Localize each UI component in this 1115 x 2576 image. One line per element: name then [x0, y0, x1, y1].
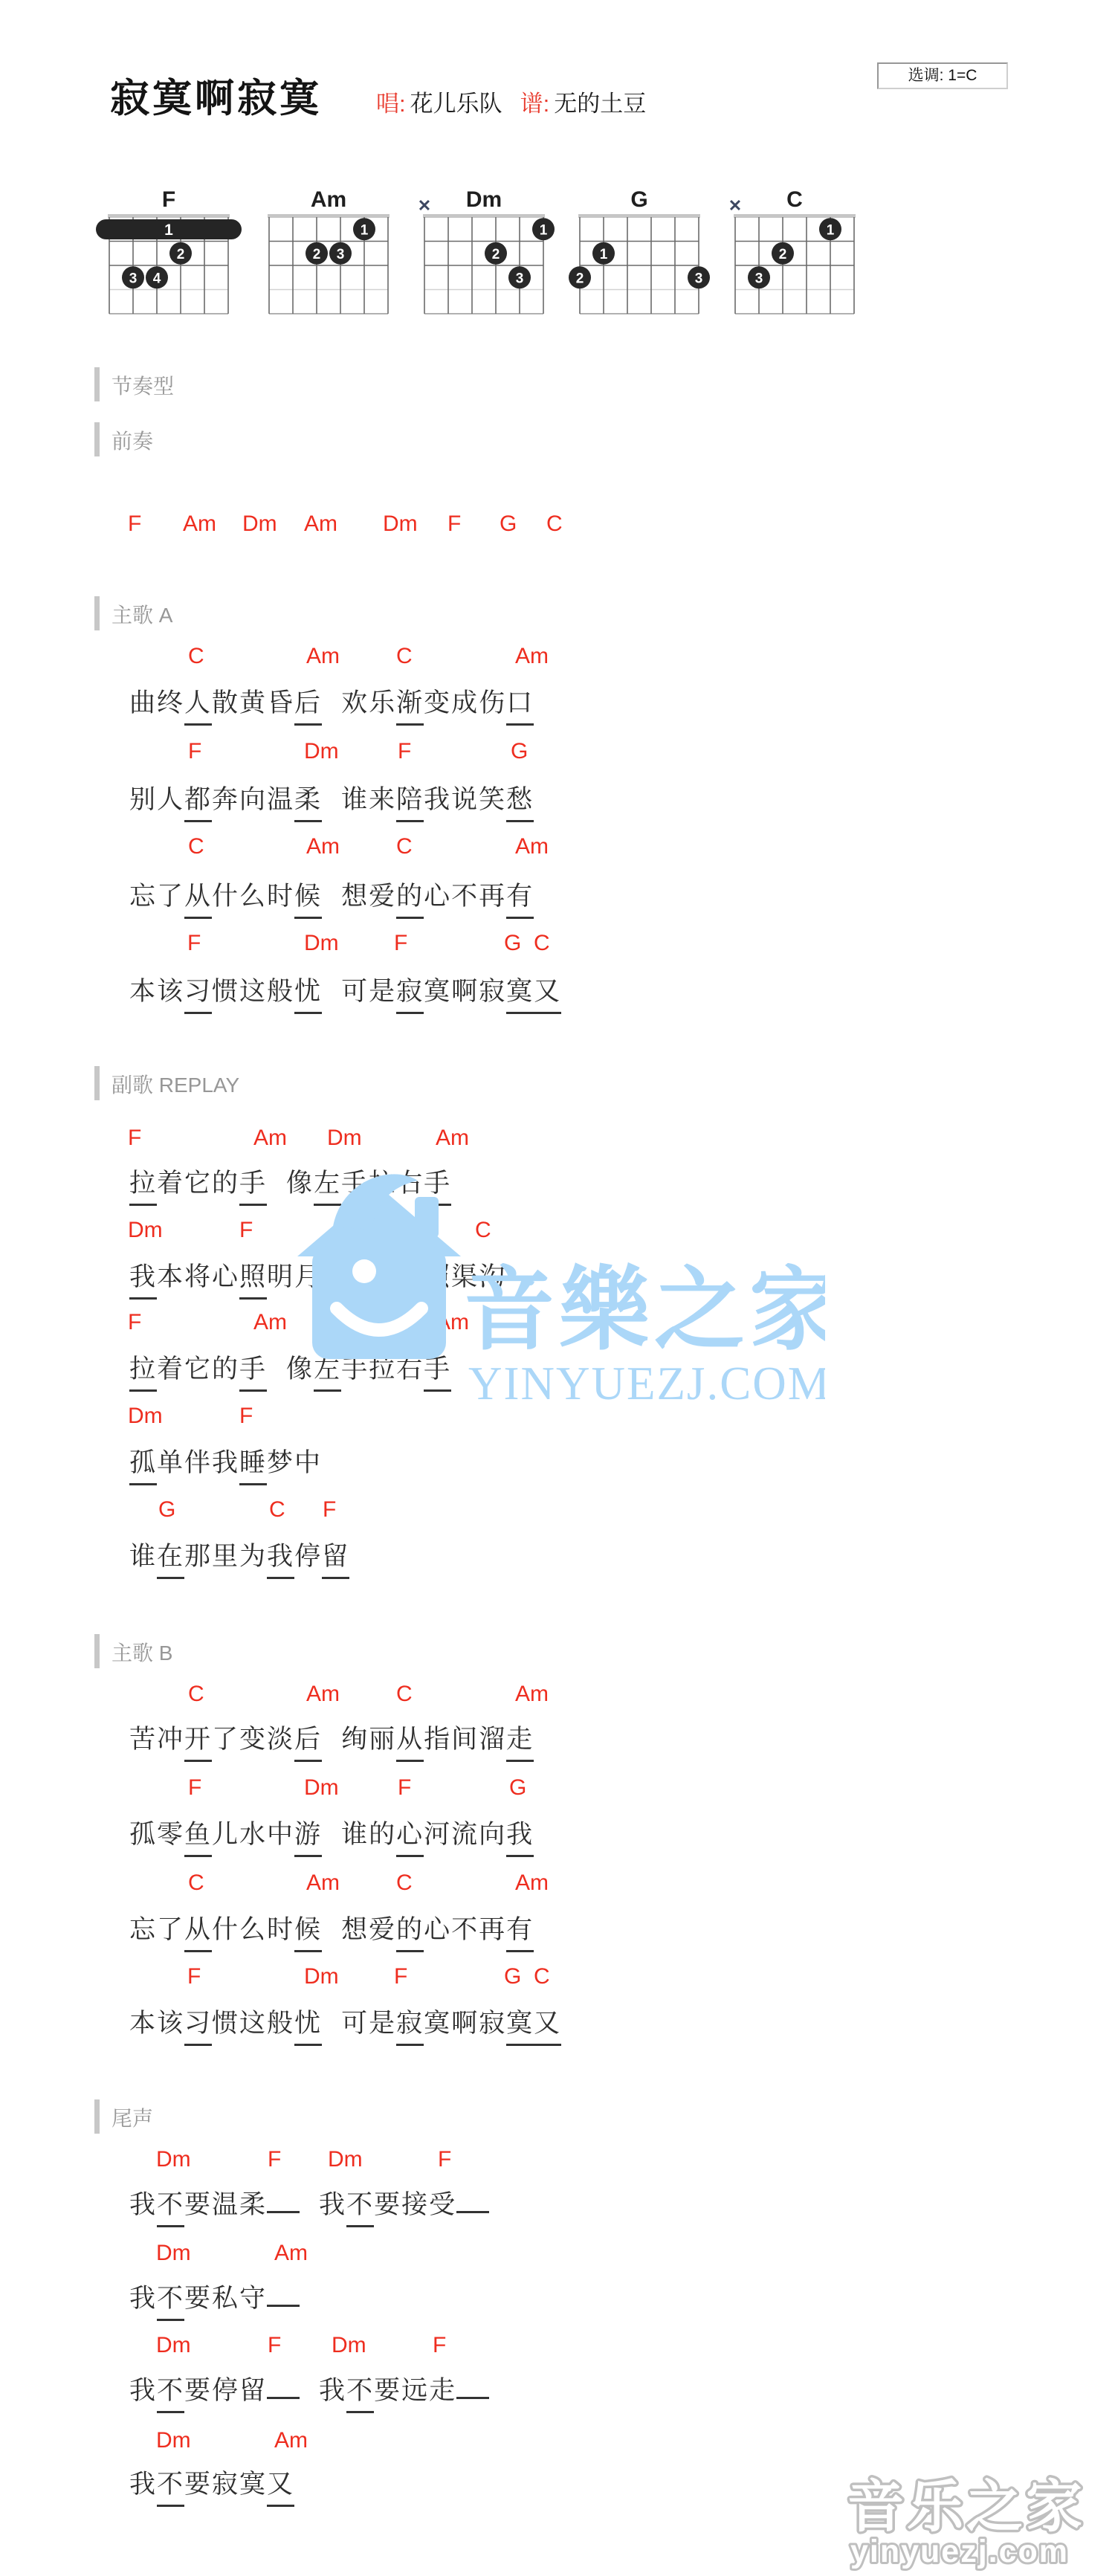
chord: F — [398, 1775, 411, 1801]
lyric-segment: 了变淡 — [212, 1725, 294, 1762]
lyric-segment: 单伴我 — [157, 1448, 239, 1485]
lyric-segment: 我 — [267, 1542, 294, 1579]
lyric-segment: 寞又 — [506, 2009, 561, 2046]
finger-number: 2 — [779, 247, 787, 262]
lyric-segment: 要停留 — [184, 2376, 267, 2413]
lyric-segment: 我 — [129, 2470, 157, 2507]
lyric-segment: 本该 — [129, 977, 184, 1014]
chord-diagram-C: C✕123 — [720, 178, 869, 327]
lyric-segment: 陪 — [396, 785, 424, 822]
lyric-segment: 我 — [129, 2190, 157, 2227]
page-title: 寂寞啊寂寞 — [110, 67, 322, 123]
note-head — [352, 1259, 376, 1283]
lyric-segment: 忘了 — [129, 1915, 184, 1952]
chord: Dm — [128, 1218, 163, 1243]
lyric-segment: 在 — [157, 1542, 184, 1579]
chord: C — [534, 931, 550, 956]
chord: Am — [304, 511, 337, 537]
lyric-line: 孤单伴我睡梦中 — [129, 1448, 322, 1485]
lyric-segment: 要温柔 — [184, 2190, 267, 2227]
chord: Am — [253, 1310, 287, 1335]
chord: Dm — [332, 2333, 366, 2358]
finger-number: 1 — [827, 222, 835, 238]
lyric-segment: 别人 — [129, 785, 184, 822]
hold-underscore — [267, 2392, 300, 2399]
nut-line — [108, 214, 230, 218]
lyric-segment: 寞啊寂 — [424, 977, 506, 1014]
lyric-segment: 留 — [322, 1542, 349, 1579]
chord: Am — [274, 2428, 308, 2453]
watermark-cn: 音樂之家 — [464, 1259, 825, 1360]
lyric-line: 我不要温柔我不要接受 — [129, 2190, 489, 2227]
lyric-segment: 的 — [396, 1915, 424, 1952]
lyric-segment: 忧 — [294, 2009, 322, 2046]
chord: F — [323, 1497, 336, 1523]
lyric-segment: 不 — [157, 2190, 184, 2227]
chord: Am — [253, 1126, 287, 1151]
chord: C — [546, 511, 563, 537]
chord: F — [398, 739, 411, 764]
lyric-segment: 我说笑 — [424, 785, 506, 822]
lyric-segment: 绚丽 — [341, 1725, 396, 1762]
lyric-segment: 谁来 — [341, 785, 396, 822]
section-label: 主歌 A — [111, 599, 172, 629]
chord: F — [268, 2147, 281, 2172]
chord: Am — [306, 644, 340, 669]
chord: G — [511, 739, 528, 764]
lyric-segment: 指间溜 — [424, 1725, 506, 1762]
scorer-name: 无的土豆 — [554, 91, 646, 117]
lyric-segment: 本该 — [129, 2009, 184, 2046]
lyric-segment: 照 — [239, 1262, 267, 1300]
lyric-segment: 谁的 — [341, 1820, 396, 1857]
phrase-gap — [322, 704, 341, 711]
lyric-segment: 惯这般 — [212, 2009, 294, 2046]
lyric-segment: 本将心 — [157, 1262, 239, 1300]
section-label: 前奏 — [111, 425, 153, 455]
finger-number: 4 — [153, 271, 161, 286]
chord: Am — [306, 1682, 340, 1707]
chord: Am — [436, 1126, 469, 1151]
chord: Dm — [304, 931, 339, 956]
corner-watermark-url: yinyuezj.com — [850, 2534, 1069, 2569]
watermark-url: YINYUEZJ.COM — [468, 1358, 825, 1410]
finger-number: 1 — [540, 222, 548, 238]
finger-number: 1 — [361, 222, 369, 238]
chord: Dm — [242, 511, 277, 537]
lyric-segment: 愁 — [506, 785, 534, 822]
chord-diagram-F: F1234 — [94, 178, 243, 327]
corner-watermark: 音乐之家 yinyuezj.com — [833, 2453, 1115, 2576]
chord: Dm — [156, 2241, 191, 2266]
lyric-segment: 我 — [506, 1820, 534, 1857]
chord-sheet-page: 寂寞啊寂寞 唱:花儿乐队谱:无的土豆 选调: 1=C F1234Am123Dm✕… — [0, 0, 1115, 2576]
chord: F — [433, 2333, 446, 2358]
section-marker-bar — [94, 1066, 100, 1100]
hold-underscore — [267, 2299, 300, 2307]
chord-diagram-Dm: Dm✕123 — [410, 178, 558, 327]
lyric-segment: 要接受 — [374, 2190, 456, 2227]
lyric-segment: 都 — [184, 785, 212, 822]
lyric-line: 忘了从什么时候想爱的心不再有 — [129, 882, 534, 919]
phrase-gap — [322, 1740, 341, 1748]
chord: Dm — [304, 739, 339, 764]
singer-name: 花儿乐队 — [410, 91, 502, 117]
lyric-segment: 变成伤 — [424, 688, 506, 726]
lyric-segment: 有 — [506, 1915, 534, 1952]
lyric-segment: 后 — [294, 1725, 322, 1762]
lyric-segment: 要远走 — [374, 2376, 456, 2413]
chord: Am — [306, 834, 340, 859]
lyric-segment: 忘了 — [129, 882, 184, 919]
section-label: 主歌 B — [111, 1637, 172, 1667]
lyric-segment: 我 — [319, 2376, 346, 2413]
lyric-segment: 候 — [294, 882, 322, 919]
lyric-segment: 那里为 — [184, 1542, 267, 1579]
lyric-line: 别人都奔向温柔谁来陪我说笑愁 — [129, 785, 534, 822]
lyric-segment: 口 — [506, 688, 534, 726]
phrase-gap — [267, 1370, 286, 1378]
chord: F — [128, 511, 141, 537]
chord: C — [188, 644, 204, 669]
chord: Am — [515, 834, 549, 859]
lyric-segment: 梦中 — [267, 1448, 322, 1485]
lyric-segment: 惯这般 — [212, 977, 294, 1014]
lyric-segment: 忧 — [294, 977, 322, 1014]
chord: G — [500, 511, 517, 537]
chord: F — [447, 511, 461, 537]
lyric-segment: 柔 — [294, 785, 322, 822]
phrase-gap — [322, 897, 341, 905]
finger-number: 2 — [492, 247, 500, 262]
finger-number: 2 — [313, 247, 321, 262]
finger-number: 3 — [755, 271, 763, 286]
finger-number: 2 — [177, 247, 185, 262]
lyric-segment: 游 — [294, 1820, 322, 1857]
chord: F — [128, 1310, 141, 1335]
chord-diagram-G: G123 — [565, 178, 714, 327]
lyric-segment: 什么时 — [212, 882, 294, 919]
lyric-segment: 不 — [157, 2376, 184, 2413]
lyric-segment: 孤零 — [129, 1820, 184, 1857]
chord: C — [188, 1870, 204, 1896]
key-select-box[interactable]: 选调: 1=C — [877, 62, 1008, 89]
section-marker-bar — [94, 1634, 100, 1668]
finger-number: 3 — [695, 271, 703, 286]
nut-line — [268, 214, 390, 218]
chord-diagram-Am: Am123 — [254, 178, 403, 327]
chord: F — [239, 1404, 253, 1429]
chord: Dm — [383, 511, 418, 537]
lyric-segment: 着它的 — [157, 1355, 239, 1392]
chord: Dm — [304, 1775, 339, 1801]
chord: C — [534, 1964, 550, 1989]
phrase-gap — [267, 1184, 286, 1192]
lyric-segment: 河流向 — [424, 1820, 506, 1857]
chord: Dm — [156, 2147, 191, 2172]
lyric-segment: 苦冲 — [129, 1725, 184, 1762]
lyric-segment: 鱼 — [184, 1820, 212, 1857]
score-label: 谱: — [520, 91, 550, 117]
chord: G — [504, 1964, 521, 1989]
lyric-segment: 寞又 — [506, 977, 561, 1014]
phrase-gap — [322, 1836, 341, 1843]
section-marker-bar — [94, 2099, 100, 2134]
lyric-segment: 不 — [157, 2284, 184, 2321]
lyric-segment: 要私守 — [184, 2284, 267, 2321]
mute-x-icon: ✕ — [418, 196, 431, 215]
lyric-segment: 我 — [129, 2284, 157, 2321]
lyric-segment: 从 — [184, 1915, 212, 1952]
lyric-line: 我不要寂寞又 — [129, 2470, 294, 2507]
lyric-segment: 手 — [239, 1355, 267, 1392]
lyric-segment: 想爱 — [341, 1915, 396, 1952]
chord: C — [269, 1497, 285, 1523]
chord-name: Am — [311, 187, 346, 212]
section-label: 副歌 REPLAY — [111, 1069, 239, 1099]
chord: C — [396, 1870, 413, 1896]
chord-name: G — [630, 187, 647, 212]
chord: C — [188, 1682, 204, 1707]
lyric-line: 曲终人散黄昏后欢乐渐变成伤口 — [129, 688, 534, 726]
chord: Am — [515, 1682, 549, 1707]
chord: F — [394, 931, 407, 956]
chord: F — [128, 1126, 141, 1151]
chord: G — [504, 931, 521, 956]
lyric-segment: 儿水中 — [212, 1820, 294, 1857]
hold-underscore — [456, 2392, 489, 2399]
lyric-segment: 停 — [294, 1542, 322, 1579]
lyric-line: 孤零鱼儿水中游谁的心河流向我 — [129, 1820, 534, 1857]
hold-underscore — [456, 2206, 489, 2213]
finger-number: 1 — [600, 247, 608, 262]
lyric-segment: 拉 — [129, 1355, 157, 1392]
section-marker-bar — [94, 422, 100, 456]
section-marker-bar — [94, 596, 100, 630]
lyric-segment: 不 — [346, 2190, 374, 2227]
chord: F — [394, 1964, 407, 1989]
chord: Am — [515, 1870, 549, 1896]
lyric-segment: 我 — [129, 1262, 157, 1300]
lyric-segment: 我 — [129, 2376, 157, 2413]
lyric-segment: 走 — [506, 1725, 534, 1762]
lyric-segment: 不 — [346, 2376, 374, 2413]
lyric-segment: 从 — [396, 1725, 424, 1762]
finger-number: 2 — [576, 271, 584, 286]
chord: C — [396, 644, 413, 669]
chord-name: C — [786, 187, 803, 212]
lyric-segment: 散黄昏 — [212, 688, 294, 726]
section-label: 尾声 — [111, 2102, 153, 2132]
chord: C — [396, 834, 413, 859]
lyric-segment: 习 — [184, 977, 212, 1014]
lyric-line: 谁在那里为我停留 — [129, 1542, 349, 1579]
lyric-segment: 开 — [184, 1725, 212, 1762]
mute-x-icon: ✕ — [728, 196, 742, 215]
phrase-gap — [322, 801, 341, 808]
chord: Dm — [156, 2428, 191, 2453]
lyric-segment: 谁 — [129, 1542, 157, 1579]
phrase-gap — [300, 2206, 319, 2213]
lyric-segment: 着它的 — [157, 1169, 239, 1206]
corner-watermark-cn: 音乐之家 — [847, 2476, 1085, 2539]
chord: F — [187, 1964, 201, 1989]
chord: C — [396, 1682, 413, 1707]
lyric-line: 苦冲开了变淡后绚丽从指间溜走 — [129, 1725, 534, 1762]
chord-name: F — [162, 187, 175, 212]
finger-number: 3 — [129, 271, 138, 286]
chord: Am — [306, 1870, 340, 1896]
lyric-segment: 有 — [506, 882, 534, 919]
lyric-segment: 睡 — [239, 1448, 267, 1485]
chord: C — [188, 834, 204, 859]
lyric-segment: 人 — [184, 688, 212, 726]
lyric-line: 本该习惯这般忧可是寂寞啊寂寞又 — [129, 977, 561, 1014]
chord: Am — [515, 644, 549, 669]
chord: Am — [183, 511, 216, 537]
lyric-segment: 不 — [157, 2470, 184, 2507]
lyric-segment: 欢乐 — [341, 688, 396, 726]
chord: F — [438, 2147, 451, 2172]
chord: Dm — [128, 1404, 163, 1429]
lyric-segment: 习 — [184, 2009, 212, 2046]
chord: F — [188, 1775, 201, 1801]
chord: F — [239, 1218, 253, 1243]
lyric-line: 忘了从什么时候想爱的心不再有 — [129, 1915, 534, 1952]
phrase-gap — [300, 2392, 319, 2399]
lyric-segment: 渐 — [396, 688, 424, 726]
lyric-line: 本该习惯这般忧可是寂寞啊寂寞又 — [129, 2009, 561, 2046]
chord: F — [268, 2333, 281, 2358]
section-label: 节奏型 — [111, 370, 174, 400]
nut-line — [578, 214, 700, 218]
phrase-gap — [322, 992, 341, 1000]
chord: Am — [274, 2241, 308, 2266]
lyric-segment: 心不再 — [424, 1915, 506, 1952]
lyric-segment: 候 — [294, 1915, 322, 1952]
chord: Dm — [156, 2333, 191, 2358]
phrase-gap — [322, 2024, 341, 2032]
lyric-segment: 的 — [396, 882, 424, 919]
lyric-segment: 手 — [239, 1169, 267, 1206]
lyric-segment: 孤 — [129, 1448, 157, 1485]
lyric-line: 我不要私守 — [129, 2284, 300, 2321]
lyric-segment: 我 — [319, 2190, 346, 2227]
credits: 唱:花儿乐队谱:无的土豆 — [376, 85, 664, 118]
lyric-segment: 想爱 — [341, 882, 396, 919]
lyric-segment: 从 — [184, 882, 212, 919]
chord: F — [188, 739, 201, 764]
chord: G — [509, 1775, 526, 1801]
center-watermark: 音樂之家 YINYUEZJ.COM — [290, 1158, 825, 1411]
lyric-segment: 心不再 — [424, 882, 506, 919]
lyric-segment: 可是 — [341, 977, 396, 1014]
lyric-line: 我不要停留我不要远走 — [129, 2376, 489, 2413]
hold-underscore — [267, 2206, 300, 2213]
finger-number: 1 — [164, 222, 173, 239]
lyric-segment: 奔向温 — [212, 785, 294, 822]
nut-line — [734, 214, 856, 218]
finger-number: 3 — [337, 247, 345, 262]
chord: F — [187, 931, 201, 956]
sing-label: 唱: — [376, 91, 406, 117]
nut-line — [423, 214, 545, 218]
chord: Dm — [304, 1964, 339, 1989]
lyric-segment: 曲终 — [129, 688, 184, 726]
chord: G — [158, 1497, 175, 1523]
lyric-segment: 拉 — [129, 1169, 157, 1206]
lyric-segment: 什么时 — [212, 1915, 294, 1952]
lyric-segment: 寂 — [396, 2009, 424, 2046]
lyric-segment: 可是 — [341, 2009, 396, 2046]
chord-name: Dm — [466, 187, 502, 212]
lyric-segment: 寞啊寂 — [424, 2009, 506, 2046]
lyric-segment: 寂 — [396, 977, 424, 1014]
lyric-segment: 要寂寞 — [184, 2470, 267, 2507]
section-marker-bar — [94, 367, 100, 401]
phrase-gap — [322, 1931, 341, 1938]
lyric-segment: 又 — [267, 2470, 294, 2507]
chord: Dm — [327, 1126, 362, 1151]
lyric-segment: 后 — [294, 688, 322, 726]
chord: Dm — [328, 2147, 363, 2172]
lyric-segment: 心 — [396, 1820, 424, 1857]
finger-number: 3 — [516, 271, 524, 286]
